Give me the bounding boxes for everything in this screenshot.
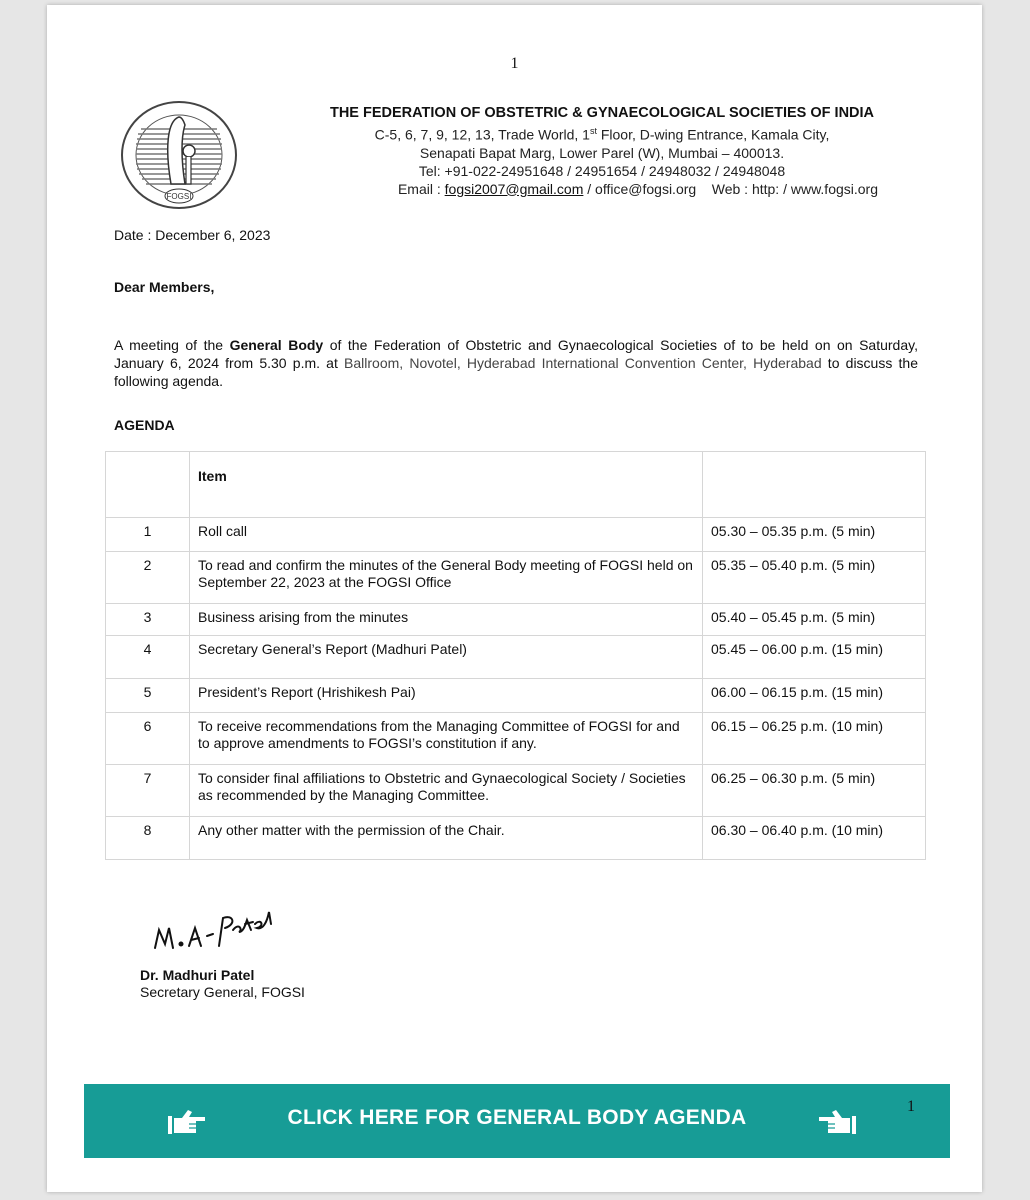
venue: Ballroom, Novotel, Hyderabad Internation… [344,355,822,371]
agenda-number-cell: 5 [106,679,190,713]
agenda-number-cell: 6 [106,713,190,765]
header-cell: Item [190,452,703,518]
signature-image [147,900,287,960]
fogsi-logo-icon: FOGSI [119,99,239,211]
general-body-agenda-button[interactable]: CLICK HERE FOR GENERAL BODY AGENDA 1 [84,1084,950,1158]
signer-title: Secretary General, FOGSI [140,984,305,1001]
email-link[interactable]: fogsi2007@gmail.com [445,181,584,197]
agenda-number-cell: 7 [106,765,190,817]
svg-text:FOGSI: FOGSI [167,192,192,201]
table-row: 2To read and confirm the minutes of the … [106,552,926,604]
agenda-time-cell: 06.00 – 06.15 p.m. (15 min) [703,679,926,713]
agenda-table: Item 1Roll call05.30 – 05.35 p.m. (5 min… [105,451,926,860]
agenda-time-cell: 05.45 – 06.00 p.m. (15 min) [703,636,926,679]
table-row: 7To consider final affiliations to Obste… [106,765,926,817]
header-cell [703,452,926,518]
agenda-heading: AGENDA [114,417,175,433]
agenda-time-cell: 06.15 – 06.25 p.m. (10 min) [703,713,926,765]
letterhead: THE FEDERATION OF OBSTETRIC & GYNAECOLOG… [277,104,927,198]
signer-block: Dr. Madhuri Patel Secretary General, FOG… [140,967,305,1001]
agenda-item-cell: Business arising from the minutes [190,604,703,636]
table-row: 1Roll call05.30 – 05.35 p.m. (5 min) [106,518,926,552]
agenda-time-cell: 05.35 – 05.40 p.m. (5 min) [703,552,926,604]
website: Web : http: / www.fogsi.org [712,181,878,197]
letter-date: Date : December 6, 2023 [114,227,270,243]
org-name: THE FEDERATION OF OBSTETRIC & GYNAECOLOG… [277,104,927,122]
salutation: Dear Members, [114,279,214,295]
agenda-item-cell: To receive recommendations from the Mana… [190,713,703,765]
agenda-item-cell: President’s Report (Hrishikesh Pai) [190,679,703,713]
table-row: 3Business arising from the minutes05.40 … [106,604,926,636]
agenda-item-cell: Any other matter with the permission of … [190,817,703,860]
header-cell [106,452,190,518]
agenda-item-cell: To consider final affiliations to Obstet… [190,765,703,817]
address-line-2: Senapati Bapat Marg, Lower Parel (W), Mu… [277,144,927,162]
table-row: 4Secretary General’s Report (Madhuri Pat… [106,636,926,679]
table-row: 8Any other matter with the permission of… [106,817,926,860]
agenda-number-cell: 3 [106,604,190,636]
agenda-time-cell: 05.40 – 05.45 p.m. (5 min) [703,604,926,636]
meeting-paragraph: A meeting of the General Body of the Fed… [114,336,918,390]
agenda-item-cell: Secretary General’s Report (Madhuri Pate… [190,636,703,679]
table-header-row: Item [106,452,926,518]
signer-name: Dr. Madhuri Patel [140,967,305,984]
table-row: 6To receive recommendations from the Man… [106,713,926,765]
agenda-item-cell: To read and confirm the minutes of the G… [190,552,703,604]
address-line-1: C-5, 6, 7, 9, 12, 13, Trade World, 1st F… [277,122,927,144]
table-row: 5President’s Report (Hrishikesh Pai)06.0… [106,679,926,713]
document-page: 1 FOGSI THE FEDERATION OF OBSTETRIC & GY… [47,5,982,1192]
agenda-time-cell: 05.30 – 05.35 p.m. (5 min) [703,518,926,552]
contact-line: Email : fogsi2007@gmail.com / office@fog… [277,180,927,198]
agenda-number-cell: 2 [106,552,190,604]
hand-pointing-left-icon [818,1108,856,1134]
agenda-number-cell: 8 [106,817,190,860]
banner-page-number: 1 [907,1098,915,1116]
page-number: 1 [47,55,982,73]
agenda-time-cell: 06.30 – 06.40 p.m. (10 min) [703,817,926,860]
agenda-number-cell: 4 [106,636,190,679]
agenda-item-cell: Roll call [190,518,703,552]
agenda-number-cell: 1 [106,518,190,552]
agenda-time-cell: 06.25 – 06.30 p.m. (5 min) [703,765,926,817]
telephone: Tel: +91-022-24951648 / 24951654 / 24948… [277,162,927,180]
